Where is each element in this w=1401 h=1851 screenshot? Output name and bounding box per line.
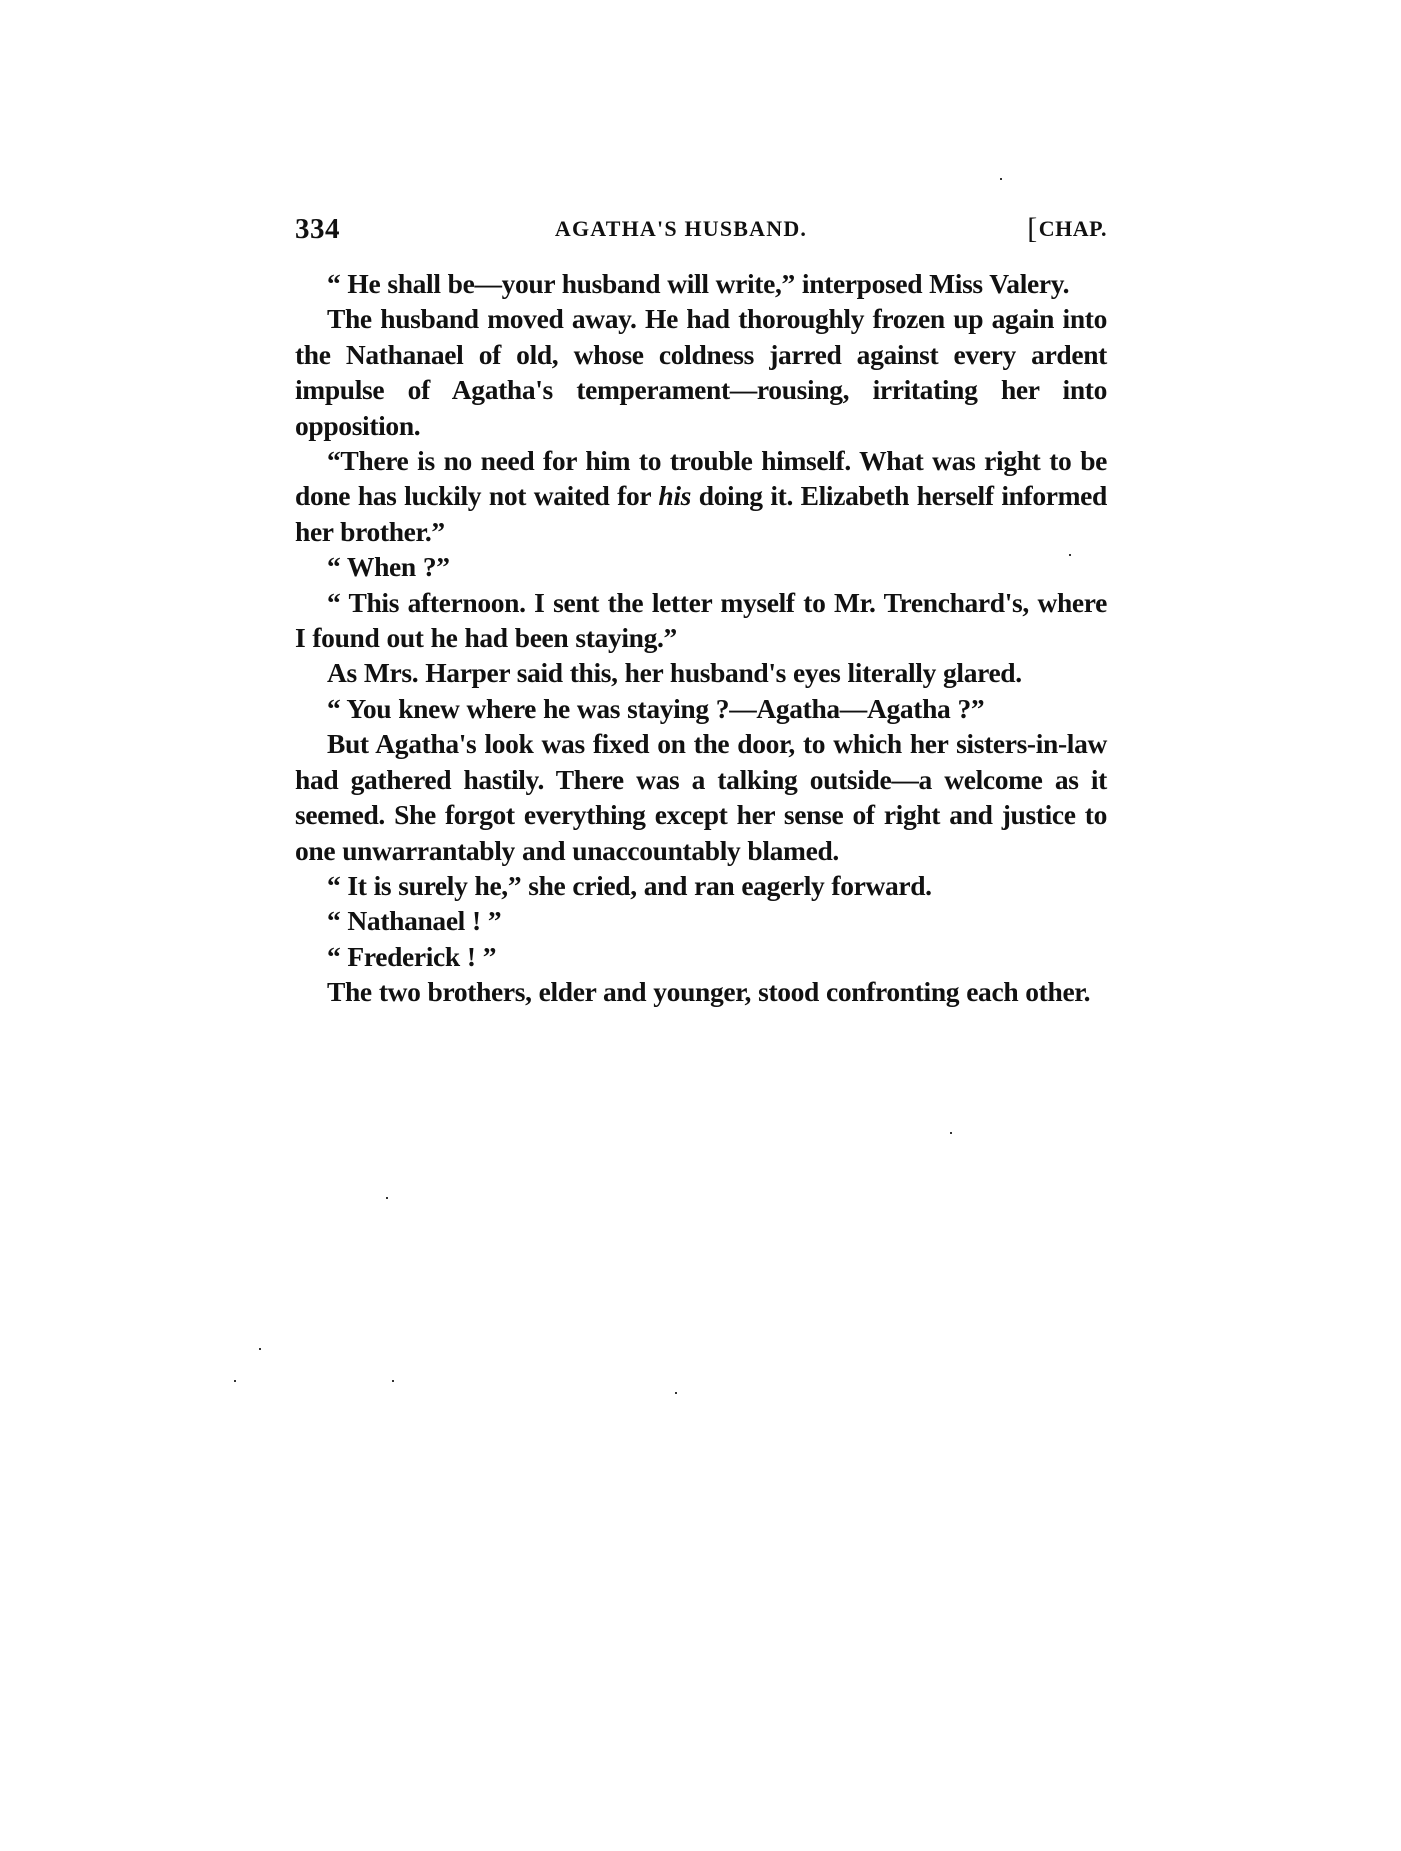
book-page: 334 AGATHA'S HUSBAND. [CHAP. “ He shall … bbox=[295, 212, 1107, 1010]
paragraph: “ You knew where he was staying ?—Agatha… bbox=[295, 691, 1107, 726]
paragraph: The husband moved away. He had thoroughl… bbox=[295, 301, 1107, 443]
scan-speck bbox=[1000, 178, 1002, 180]
paragraph: As Mrs. Harper said this, her husband's … bbox=[295, 655, 1107, 690]
scan-speck bbox=[950, 1132, 952, 1134]
paragraph: “There is no need for him to trouble him… bbox=[295, 443, 1107, 549]
running-title: AGATHA'S HUSBAND. bbox=[295, 212, 1107, 246]
paragraph: The two brothers, elder and younger, sto… bbox=[295, 974, 1107, 1009]
paragraph: “ When ?” bbox=[295, 549, 1107, 584]
running-head: 334 AGATHA'S HUSBAND. [CHAP. bbox=[295, 212, 1107, 246]
paragraph: “ Frederick ! ” bbox=[295, 939, 1107, 974]
paragraph: “ It is surely he,” she cried, and ran e… bbox=[295, 868, 1107, 903]
chapter-bracket: [ bbox=[1027, 212, 1038, 245]
scan-speck bbox=[386, 1197, 388, 1199]
paragraph: “ Nathanael ! ” bbox=[295, 903, 1107, 938]
scan-speck bbox=[234, 1380, 236, 1382]
body-text: “ He shall be—your husband will write,” … bbox=[295, 266, 1107, 1010]
scan-speck bbox=[675, 1392, 677, 1394]
paragraph: “ He shall be—your husband will write,” … bbox=[295, 266, 1107, 301]
scan-speck bbox=[1069, 554, 1071, 556]
chapter-marker: [CHAP. bbox=[1027, 212, 1107, 246]
paragraph: But Agatha's look was fixed on the door,… bbox=[295, 726, 1107, 868]
chapter-label: CHAP. bbox=[1039, 216, 1107, 241]
paragraph: “ This afternoon. I sent the letter myse… bbox=[295, 585, 1107, 656]
scan-speck bbox=[392, 1380, 394, 1382]
emphasized-word: his bbox=[658, 480, 691, 511]
scan-speck bbox=[259, 1348, 261, 1350]
